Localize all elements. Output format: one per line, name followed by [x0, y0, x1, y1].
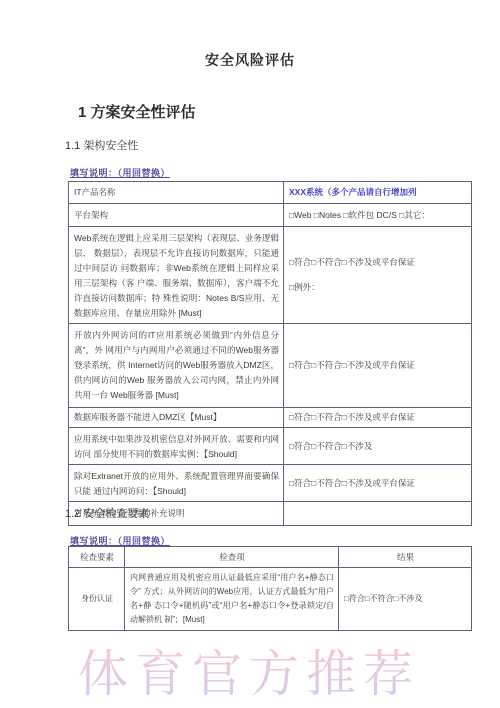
check-factor-header: 检查要素: [69, 547, 125, 568]
it-product-name-label: IT产品名称: [69, 182, 284, 204]
watermark-text: 体育官方推荐: [78, 634, 420, 706]
it-product-name-value: XXX系统（多个产品请自行增加列: [284, 182, 472, 204]
table-row: Web系统在逻辑上应采用三层架构（表现层、业务逻辑层、 数据层），表现层不允许直…: [69, 227, 472, 324]
compliance-options: □符合□不符合□不涉及或平台保证: [284, 324, 472, 408]
table-row: 除对Extranet开放的应用外、系统配置管理界面要确保只能 通过内网访问：【S…: [69, 465, 472, 502]
identity-authentication-requirement: 内网普通应用及机密应用认证最低应采用“用户名+静态口令” 方式；从外网访问的We…: [125, 568, 339, 631]
dmz-database-requirement: 数据库服务器不能进入DMZ区【Must】: [69, 408, 284, 428]
table-row: IT产品名称 XXX系统（多个产品请自行增加列: [69, 182, 472, 204]
result-header: 结果: [339, 547, 472, 568]
section-1-2-heading: 1.2 安全检查要素: [65, 505, 149, 521]
compliance-options-cell: □符合□不符合□不涉及或平台保证 □例外：: [284, 227, 472, 324]
table-row: 平台架构 □Web □Notes □软件包 DC/S □其它：: [69, 204, 472, 227]
extranet-management-requirement: 除对Extranet开放的应用外、系统配置管理界面要确保只能 通过内网访问：【S…: [69, 465, 284, 502]
document-page: 安全风险评估 1 方案安全性评估 1.1 架构安全性 填写说明：（用回替换） I…: [0, 0, 500, 708]
platform-architecture-label: 平台架构: [69, 204, 284, 227]
compliance-options: □符合□不符合□不涉及或平台保证: [284, 465, 472, 502]
compliance-options: □符合□不符合□不涉及或平台保证: [289, 255, 467, 270]
table-row: 应用系统中如果涉及机密信息对外网开放、需要和内网访问 部分使用不同的数据库实例：…: [69, 428, 472, 465]
table-row: 开放内外网访问的IT应用系统必须做到“内外信息分离”，外 网用户与内网用户必须通…: [69, 324, 472, 408]
exception-option: □例外：: [289, 280, 467, 295]
compliance-options: □符合□不符合□不涉及或平台保证: [284, 408, 472, 428]
table-row: 身份认证 内网普通应用及机密应用认证最低应采用“用户名+静态口令” 方式；从外网…: [69, 568, 472, 631]
compliance-options: □符合□不符合□不涉及: [284, 428, 472, 465]
table-row: 数据库服务器不能进入DMZ区【Must】 □符合□不符合□不涉及或平台保证: [69, 408, 472, 428]
platform-architecture-options: □Web □Notes □软件包 DC/S □其它：: [284, 204, 472, 227]
page-title: 安全风险评估: [0, 50, 500, 70]
check-item-header: 检查项: [125, 547, 339, 568]
section-1-heading: 1 方案安全性评估: [78, 101, 196, 122]
three-tier-architecture-requirement: Web系统在逻辑上应采用三层架构（表现层、业务逻辑层、 数据层），表现层不允许直…: [69, 227, 284, 324]
database-instance-requirement: 应用系统中如果涉及机密信息对外网开放、需要和内网访问 部分使用不同的数据库实例：…: [69, 428, 284, 465]
architecture-supplement-value: [284, 502, 472, 526]
table-header-row: 检查要素 检查项 结果: [69, 547, 472, 568]
architecture-security-table: IT产品名称 XXX系统（多个产品请自行增加列 平台架构 □Web □Notes…: [68, 181, 472, 526]
fill-instruction-note-1: 填写说明：（用回替换）: [70, 166, 170, 179]
section-1-1-heading: 1.1 架构安全性: [65, 137, 138, 153]
identity-authentication-factor: 身份认证: [69, 568, 125, 631]
security-check-table: 检查要素 检查项 结果 身份认证 内网普通应用及机密应用认证最低应采用“用户名+…: [68, 546, 472, 631]
internal-external-separation-requirement: 开放内外网访问的IT应用系统必须做到“内外信息分离”，外 网用户与内网用户必须通…: [69, 324, 284, 408]
compliance-options: □符合□不符合□不涉及: [339, 568, 472, 631]
